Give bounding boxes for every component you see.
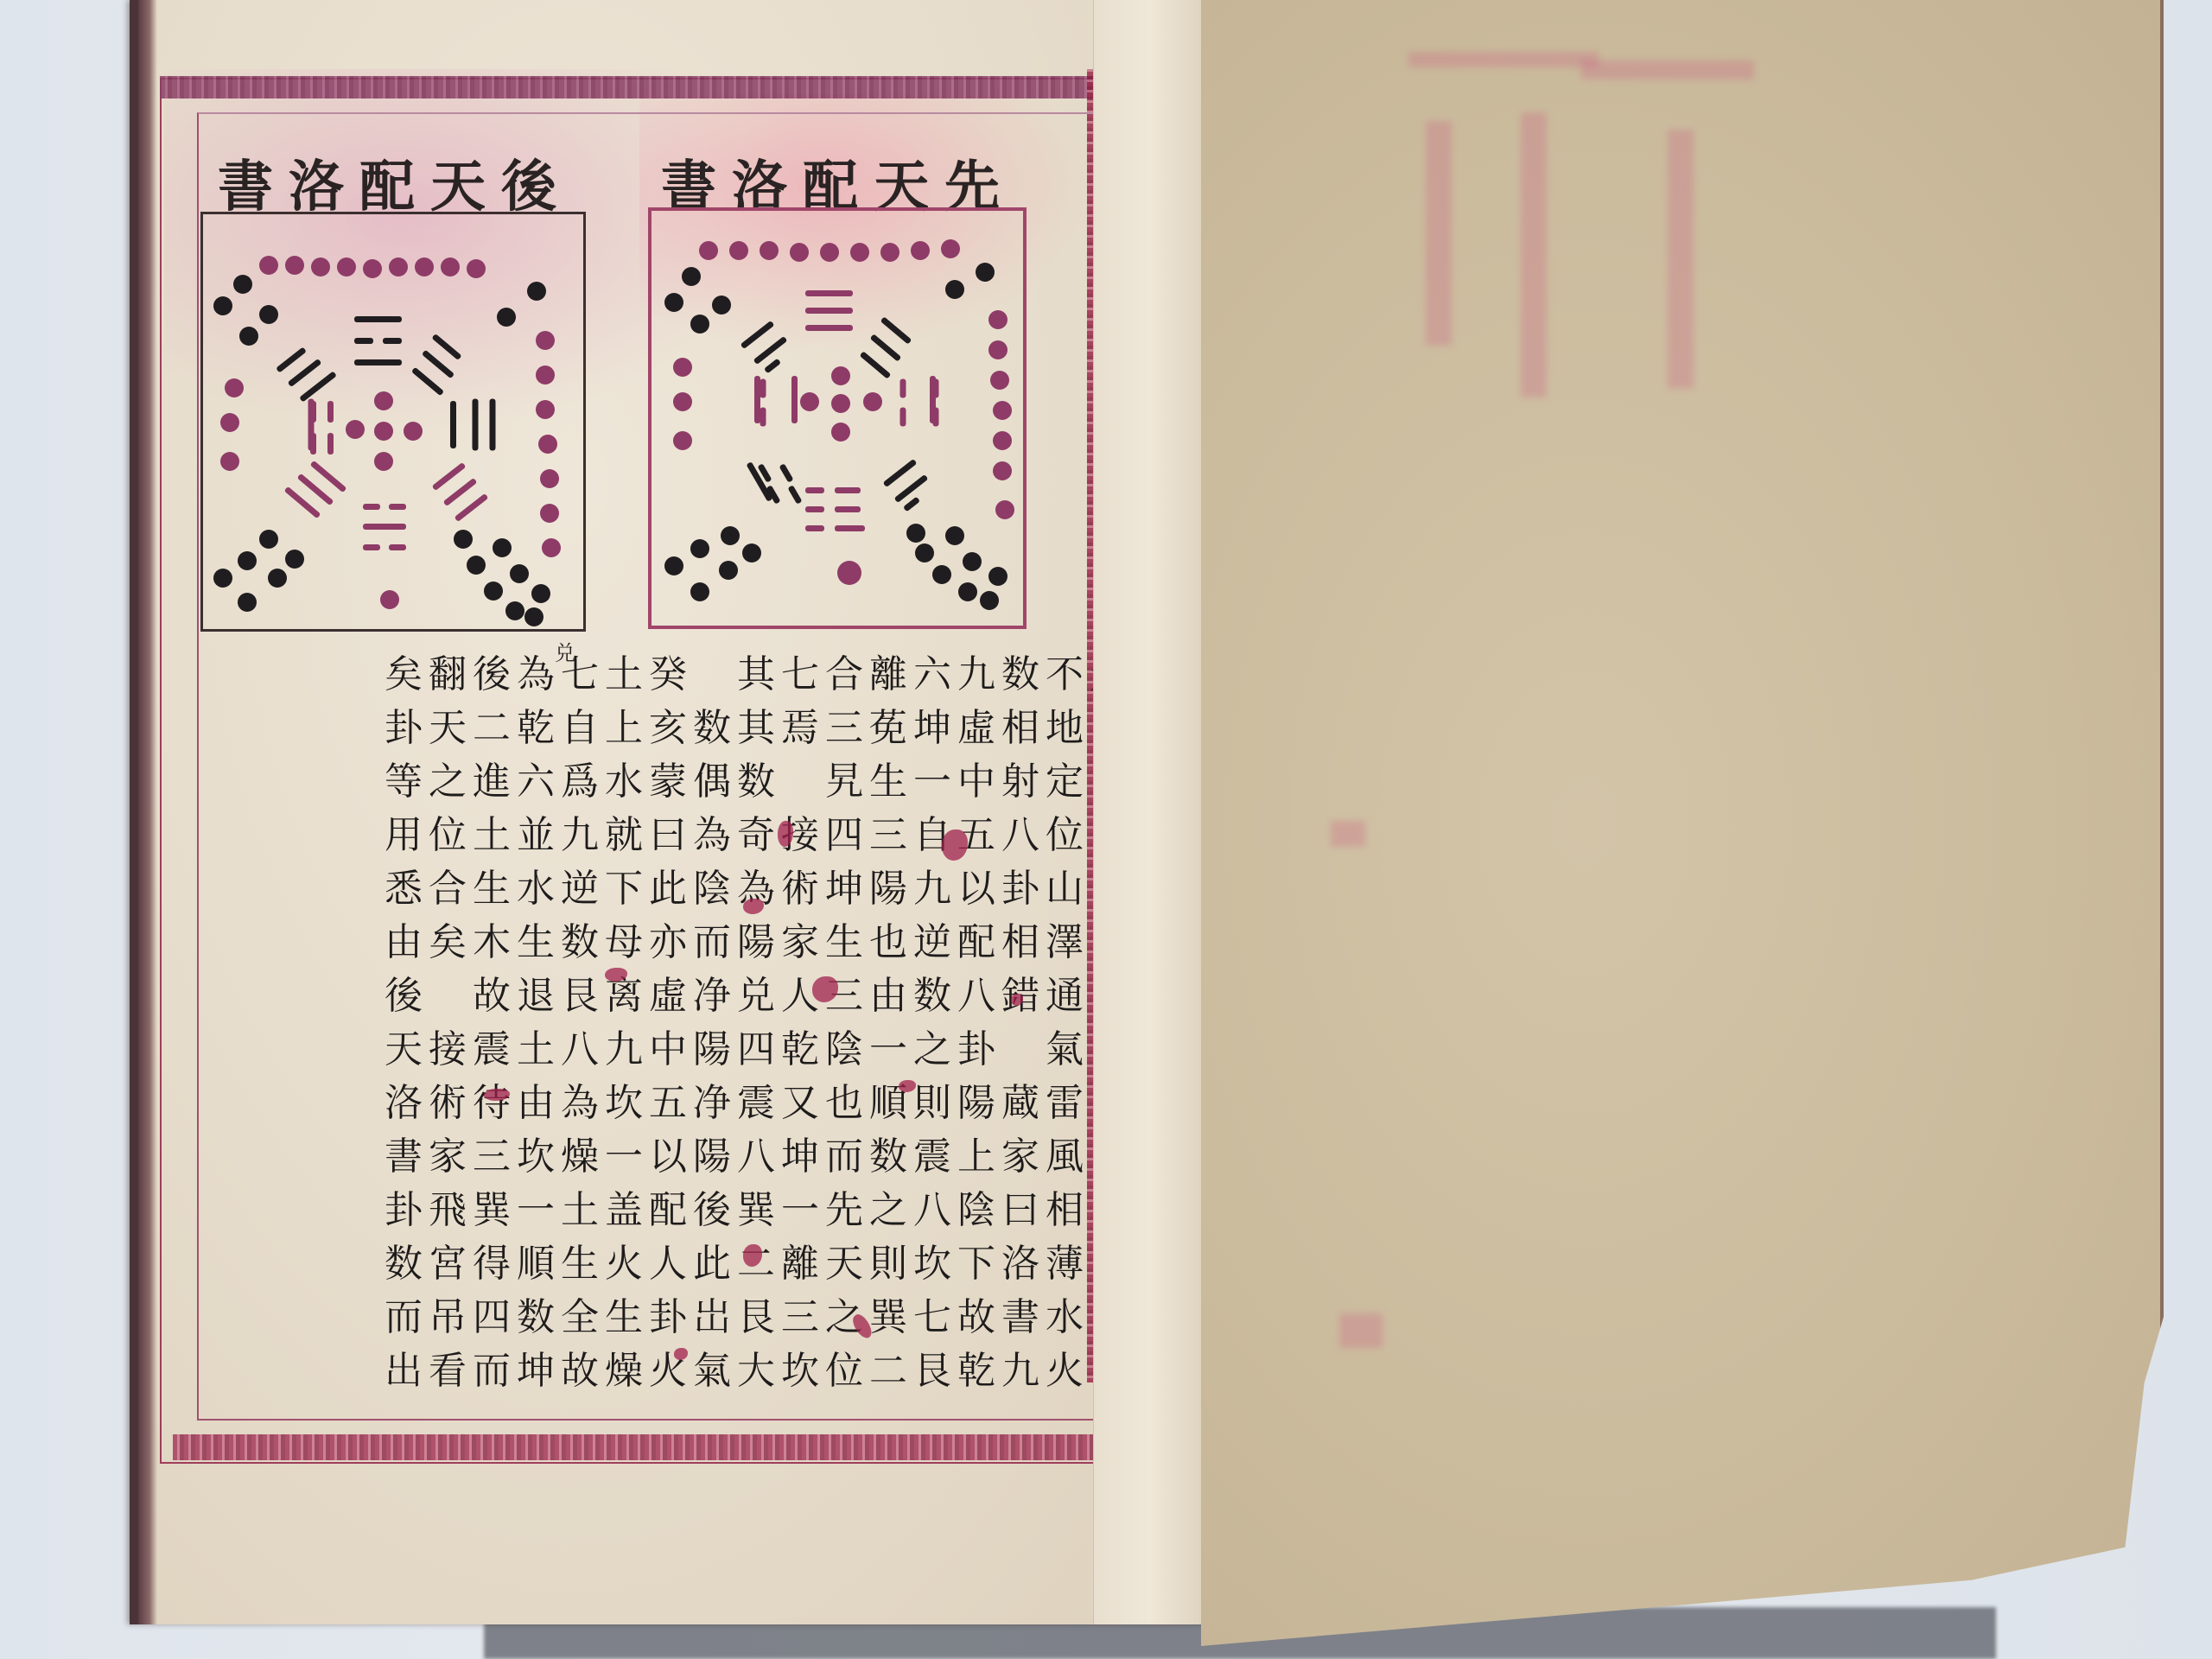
bleed-through-mark bbox=[1668, 130, 1694, 389]
bleed-through-mark bbox=[1581, 60, 1754, 79]
luoshu-dot bbox=[538, 435, 557, 454]
trigram-line bbox=[835, 525, 865, 531]
trigram-line bbox=[805, 506, 824, 512]
luoshu-dot bbox=[493, 538, 512, 557]
text-row: 天接震土八九中陽四乾陰一之卦 氣 bbox=[385, 1023, 1041, 1077]
luoshu-dot bbox=[993, 431, 1012, 450]
luoshu-dot bbox=[238, 593, 257, 612]
luoshu-dot bbox=[990, 371, 1009, 390]
luoshu-dot bbox=[527, 282, 546, 301]
luoshu-dot bbox=[337, 257, 356, 276]
luoshu-dot bbox=[699, 241, 718, 260]
text-row: 数宮得順生火人此二離天則坎下洛薄 bbox=[385, 1237, 1041, 1291]
trigram-line bbox=[933, 379, 939, 398]
luoshu-dot bbox=[880, 243, 899, 262]
luoshu-dot bbox=[542, 538, 561, 557]
luoshu-dot bbox=[682, 267, 701, 286]
luoshu-dot bbox=[484, 582, 503, 601]
luoshu-dot bbox=[374, 452, 393, 471]
luoshu-dot bbox=[673, 358, 692, 377]
luoshu-dot bbox=[540, 469, 559, 488]
later-heaven-luoshu-diagram bbox=[200, 212, 586, 632]
luoshu-dot bbox=[993, 461, 1012, 480]
text-row: 後 故退艮离虛净兑人三由数八錯通 bbox=[385, 969, 1041, 1023]
trigram-line bbox=[327, 401, 334, 423]
luoshu-dot bbox=[404, 422, 423, 441]
luoshu-dot bbox=[850, 243, 869, 262]
book-spine-edge bbox=[138, 0, 157, 1624]
trigram-line bbox=[389, 504, 406, 510]
luoshu-dot bbox=[220, 452, 239, 471]
trigram-line bbox=[753, 336, 788, 365]
luoshu-dot bbox=[915, 543, 934, 563]
trigram-line bbox=[835, 487, 861, 493]
luoshu-dot bbox=[454, 530, 473, 549]
luoshu-dot bbox=[945, 280, 964, 299]
trigram-line bbox=[450, 401, 456, 448]
luoshu-dot bbox=[467, 556, 486, 575]
luoshu-dot bbox=[346, 420, 365, 439]
trigram-line bbox=[363, 504, 380, 510]
luoshu-dot bbox=[285, 256, 304, 275]
trigram-line bbox=[276, 346, 307, 372]
luoshu-dot bbox=[524, 607, 543, 626]
luoshu-dot bbox=[831, 423, 850, 442]
trigram-line bbox=[835, 506, 861, 512]
trigram-line bbox=[363, 544, 380, 550]
trigram-line bbox=[805, 325, 853, 331]
luoshu-dot bbox=[311, 257, 330, 276]
luoshu-dot bbox=[945, 526, 964, 545]
earlier-heaven-luoshu-diagram bbox=[648, 207, 1027, 629]
trigram-line bbox=[389, 544, 406, 550]
trigram-line bbox=[870, 334, 902, 361]
trigram-line bbox=[933, 408, 939, 427]
luoshu-dot bbox=[988, 567, 1007, 586]
luoshu-dot bbox=[837, 561, 861, 585]
luoshu-dot bbox=[729, 241, 748, 260]
trigram-line bbox=[383, 338, 402, 344]
trigram-line bbox=[900, 379, 906, 398]
luoshu-dot bbox=[268, 569, 287, 588]
trigram-line bbox=[431, 334, 461, 360]
luoshu-dot bbox=[906, 524, 925, 543]
luoshu-dot bbox=[540, 504, 559, 523]
bleed-through-mark bbox=[1426, 121, 1452, 346]
luoshu-dot bbox=[505, 601, 524, 620]
luoshu-dot bbox=[790, 243, 809, 262]
text-row: 矣翻後為七土癸 其七合離六九数不天 bbox=[385, 648, 1041, 702]
bleed-through-mark bbox=[1331, 821, 1365, 847]
text-row: 而吊四数全生卦岀艮三之巽七故書水 bbox=[385, 1291, 1041, 1344]
luoshu-dot bbox=[988, 310, 1007, 329]
luoshu-dot bbox=[712, 296, 731, 315]
luoshu-dot bbox=[374, 391, 393, 410]
trigram-line bbox=[454, 493, 489, 522]
luoshu-dot bbox=[239, 327, 258, 346]
bleed-through-mark bbox=[1408, 52, 1599, 67]
luoshu-dot bbox=[664, 556, 683, 575]
trigram-line bbox=[327, 433, 334, 454]
text-row: 卦天二乾自上亥数其焉三莬坤虛相地 bbox=[385, 702, 1041, 755]
luoshu-dot bbox=[233, 275, 252, 294]
luoshu-dot bbox=[673, 431, 692, 450]
trigram-line bbox=[860, 351, 892, 378]
text-row: 用位土並九就曰為奇接四三自五八位 bbox=[385, 809, 1041, 862]
left-page: 書洛配天後 書洛配天先 bbox=[130, 0, 1227, 1624]
luoshu-dot bbox=[988, 340, 1007, 359]
trigram-line bbox=[791, 376, 798, 423]
luoshu-dot bbox=[497, 308, 516, 327]
trigram-line bbox=[354, 316, 402, 322]
title-later-heaven: 書洛配天後 bbox=[218, 143, 572, 222]
commentary-text-block: 矣翻後為七土癸 其七合離六九数不天 卦天二乾自上亥数其焉三莬坤虛相地 等之進六爲… bbox=[385, 648, 1041, 1398]
luoshu-dot bbox=[536, 400, 555, 419]
luoshu-dot bbox=[238, 551, 257, 570]
luoshu-dot bbox=[941, 239, 960, 258]
luoshu-dot bbox=[213, 296, 232, 315]
text-row: 悉合生水逆下此陰為術坤陽九以卦山 bbox=[385, 862, 1041, 916]
luoshu-dot bbox=[374, 422, 393, 441]
luoshu-dot bbox=[721, 526, 740, 545]
luoshu-dot bbox=[536, 365, 555, 385]
luoshu-dot bbox=[220, 413, 239, 432]
text-row: 卦飛巽一土盖配後巽一先之八陰曰相 bbox=[385, 1184, 1041, 1237]
luoshu-dot bbox=[831, 366, 850, 385]
luoshu-dot bbox=[415, 257, 434, 276]
luoshu-dot bbox=[363, 259, 382, 278]
trigram-line bbox=[805, 308, 853, 314]
luoshu-dot bbox=[993, 401, 1012, 420]
trigram-line bbox=[310, 433, 316, 454]
luoshu-dot bbox=[690, 582, 709, 601]
luoshu-dot bbox=[259, 530, 278, 549]
trigram-line bbox=[779, 463, 793, 483]
trigram-line bbox=[805, 487, 824, 493]
trigram-line bbox=[903, 497, 920, 512]
text-row: 書家三坎燥一以陽八坤而数震上家風 bbox=[385, 1130, 1041, 1184]
trigram-line bbox=[900, 408, 906, 427]
frame-bottom-border bbox=[173, 1434, 1106, 1460]
luoshu-dot bbox=[690, 315, 709, 334]
right-page-blank bbox=[1201, 0, 2164, 1646]
luoshu-dot bbox=[800, 392, 819, 411]
luoshu-dot bbox=[690, 539, 709, 558]
luoshu-dot bbox=[225, 378, 244, 397]
trigram-line bbox=[363, 524, 406, 530]
luoshu-dot bbox=[536, 331, 555, 350]
text-row: 洛術待由為坎五净震又也順則陽蔵雷 bbox=[385, 1077, 1041, 1130]
trigram-line bbox=[473, 399, 479, 451]
text-row: 出看而坤故燥火氣大坎位二艮乾九火 bbox=[385, 1344, 1041, 1398]
luoshu-dot bbox=[980, 591, 999, 610]
trigram-line bbox=[805, 290, 853, 296]
luoshu-dot bbox=[742, 543, 761, 563]
bleed-through-mark bbox=[1521, 112, 1547, 397]
trigram-line bbox=[764, 359, 781, 374]
luoshu-dot bbox=[932, 565, 951, 584]
luoshu-dot bbox=[467, 259, 486, 278]
luoshu-dot bbox=[911, 241, 930, 260]
trigram-line bbox=[310, 401, 316, 423]
luoshu-dot bbox=[863, 392, 882, 411]
luoshu-dot bbox=[995, 500, 1014, 519]
luoshu-dot bbox=[441, 257, 460, 276]
luoshu-dot bbox=[719, 561, 738, 580]
trigram-line bbox=[490, 399, 496, 451]
luoshu-dot bbox=[389, 257, 408, 276]
trigram-line bbox=[411, 367, 444, 397]
luoshu-dot bbox=[510, 564, 529, 583]
trigram-line bbox=[354, 359, 402, 365]
text-row: 由矣木生数母亦而陽家生也逆配相澤 bbox=[385, 916, 1041, 969]
luoshu-dot bbox=[259, 256, 278, 275]
luoshu-dot bbox=[673, 392, 692, 411]
trigram-line bbox=[894, 474, 929, 503]
trigram-line bbox=[787, 485, 802, 505]
text-row: 等之進六爲水蒙偶数 旯生一中射定 bbox=[385, 755, 1041, 809]
luoshu-dot bbox=[760, 241, 779, 260]
luoshu-dot bbox=[285, 550, 304, 569]
luoshu-dot bbox=[963, 552, 982, 571]
luoshu-dot bbox=[958, 582, 977, 601]
luoshu-dot bbox=[664, 293, 683, 312]
luoshu-dot bbox=[213, 569, 232, 588]
trigram-line bbox=[880, 316, 912, 344]
bleed-through-mark bbox=[1339, 1313, 1382, 1348]
luoshu-dot bbox=[380, 590, 399, 609]
trigram-line bbox=[741, 321, 775, 349]
luoshu-dot bbox=[831, 394, 850, 413]
trigram-line bbox=[805, 525, 824, 531]
luoshu-dot bbox=[976, 263, 995, 282]
frame-top-border bbox=[160, 76, 1110, 99]
trigram-line bbox=[760, 408, 766, 427]
folded-page-strip bbox=[1093, 0, 1206, 1624]
luoshu-dot bbox=[259, 305, 278, 324]
trigram-line bbox=[354, 338, 373, 344]
luoshu-dot bbox=[531, 584, 550, 603]
luoshu-dot bbox=[820, 243, 839, 262]
trigram-line bbox=[760, 379, 766, 398]
